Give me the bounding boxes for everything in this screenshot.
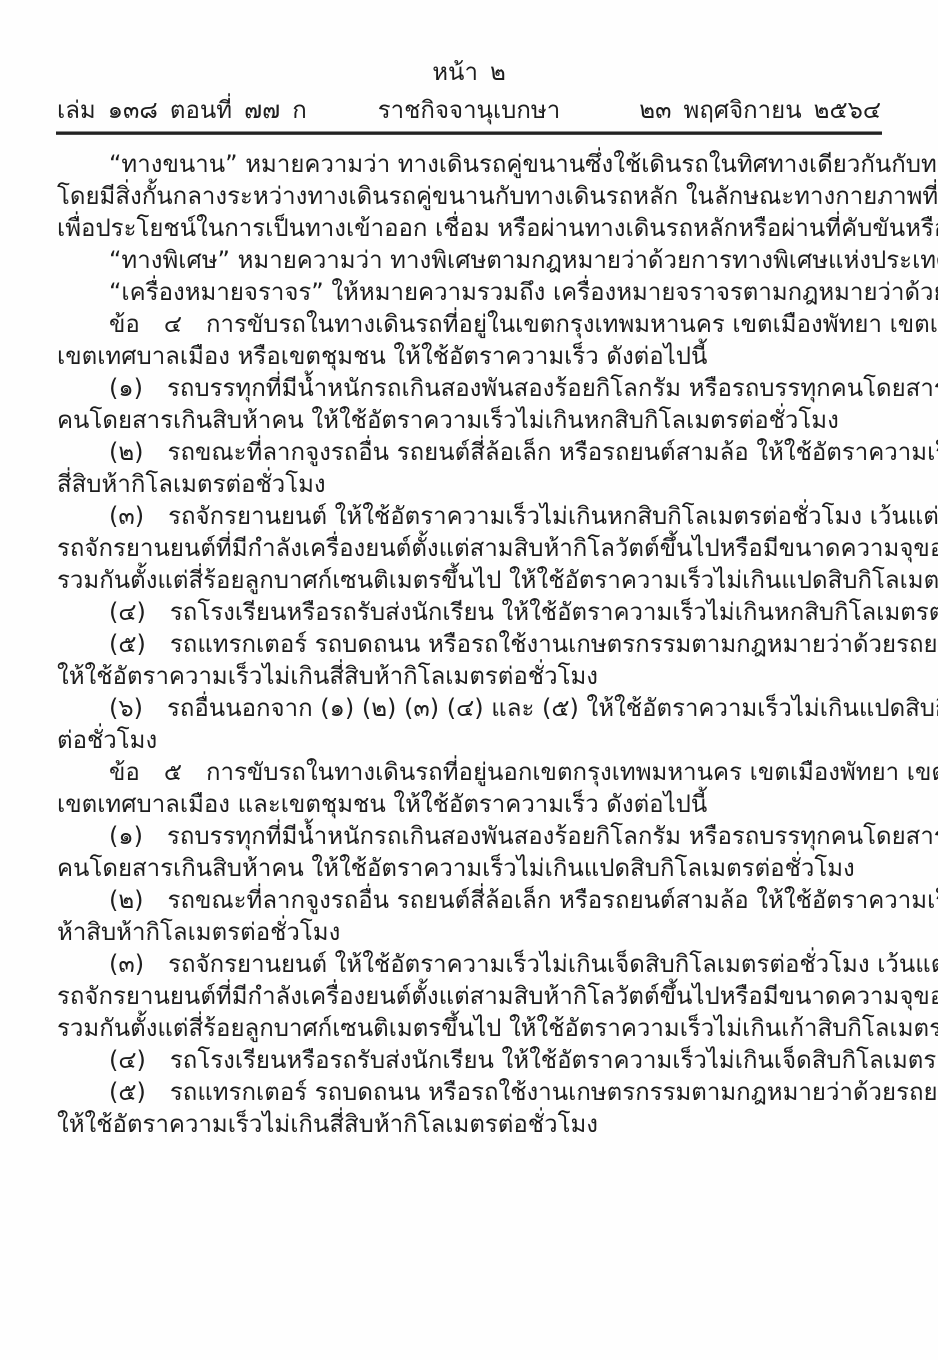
text-line: “ทางพิเศษ” หมายความว่า ทางพิเศษตามกฎหมาย… [57, 244, 881, 276]
masthead-row: เล่ม ๑๓๘ ตอนที่ ๗๗ ก ราชกิจจานุเบกษา ๒๓ … [57, 94, 881, 126]
paragraph: “เครื่องหมายจราจร” ให้หมายความรวมถึง เคร… [57, 276, 881, 308]
text-line: ต่อชั่วโมง [57, 724, 881, 756]
paragraph: “ทางพิเศษ” หมายความว่า ทางพิเศษตามกฎหมาย… [57, 244, 881, 276]
paragraph: ข้อ ๕ การขับรถในทางเดินรถที่อยู่นอกเขตกร… [57, 756, 881, 820]
document-body: “ทางขนาน” หมายความว่า ทางเดินรถคู่ขนานซึ… [57, 148, 881, 1140]
text-line: ข้อ ๕ การขับรถในทางเดินรถที่อยู่นอกเขตกร… [57, 756, 881, 788]
paragraph: (๖) รถอื่นนอกจาก (๑) (๒) (๓) (๔) และ (๕)… [57, 692, 881, 756]
text-line: เขตเทศบาลเมือง และเขตชุมชน ให้ใช้อัตราคว… [57, 788, 881, 820]
paragraph: (๓) รถจักรยานยนต์ ให้ใช้อัตราความเร็วไม่… [57, 948, 881, 1044]
gazette-page: หน้า ๒ เล่ม ๑๓๘ ตอนที่ ๗๗ ก ราชกิจจานุเบ… [0, 0, 938, 1360]
text-line: เขตเทศบาลเมือง หรือเขตชุมชน ให้ใช้อัตราค… [57, 340, 881, 372]
text-line: (๑) รถบรรทุกที่มีน้ำหนักรถเกินสองพันสองร… [57, 820, 881, 852]
text-line: (๒) รถขณะที่ลากจูงรถอื่น รถยนต์สี่ล้อเล็… [57, 436, 881, 468]
text-line: รถจักรยานยนต์ที่มีกำลังเครื่องยนต์ตั้งแต… [57, 532, 881, 564]
text-line: รวมกันตั้งแต่สี่ร้อยลูกบาศก์เซนติเมตรขึ้… [57, 1012, 881, 1044]
text-line: สี่สิบห้ากิโลเมตรต่อชั่วโมง [57, 468, 881, 500]
text-line: “ทางขนาน” หมายความว่า ทางเดินรถคู่ขนานซึ… [57, 148, 881, 180]
paragraph: ข้อ ๔ การขับรถในทางเดินรถที่อยู่ในเขตกรุ… [57, 308, 881, 372]
text-line: (๓) รถจักรยานยนต์ ให้ใช้อัตราความเร็วไม่… [57, 948, 881, 980]
text-line: คนโดยสารเกินสิบห้าคน ให้ใช้อัตราความเร็ว… [57, 852, 881, 884]
text-line: (๑) รถบรรทุกที่มีน้ำหนักรถเกินสองพันสองร… [57, 372, 881, 404]
text-line: ข้อ ๔ การขับรถในทางเดินรถที่อยู่ในเขตกรุ… [57, 308, 881, 340]
paragraph: (๒) รถขณะที่ลากจูงรถอื่น รถยนต์สี่ล้อเล็… [57, 436, 881, 500]
text-line: คนโดยสารเกินสิบห้าคน ให้ใช้อัตราความเร็ว… [57, 404, 881, 436]
issue-date: ๒๓ พฤศจิกายน ๒๕๖๔ [639, 94, 881, 126]
text-line: เพื่อประโยชน์ในการเป็นทางเข้าออก เชื่อม … [57, 212, 881, 244]
paragraph: (๓) รถจักรยานยนต์ ให้ใช้อัตราความเร็วไม่… [57, 500, 881, 596]
paragraph: (๑) รถบรรทุกที่มีน้ำหนักรถเกินสองพันสองร… [57, 372, 881, 436]
paragraph: (๕) รถแทรกเตอร์ รถบดถนน หรือรถใช้งานเกษต… [57, 628, 881, 692]
text-line: (๕) รถแทรกเตอร์ รถบดถนน หรือรถใช้งานเกษต… [57, 628, 881, 660]
text-line: (๔) รถโรงเรียนหรือรถรับส่งนักเรียน ให้ใช… [57, 1044, 881, 1076]
paragraph: (๔) รถโรงเรียนหรือรถรับส่งนักเรียน ให้ใช… [57, 596, 881, 628]
paragraph: (๑) รถบรรทุกที่มีน้ำหนักรถเกินสองพันสองร… [57, 820, 881, 884]
text-line: (๖) รถอื่นนอกจาก (๑) (๒) (๓) (๔) และ (๕)… [57, 692, 881, 724]
page-number-label: หน้า ๒ [57, 56, 881, 88]
header-rule-divider [56, 131, 882, 135]
paragraph: (๒) รถขณะที่ลากจูงรถอื่น รถยนต์สี่ล้อเล็… [57, 884, 881, 948]
text-line: ให้ใช้อัตราความเร็วไม่เกินสี่สิบห้ากิโลเ… [57, 660, 881, 692]
paragraph: (๕) รถแทรกเตอร์ รถบดถนน หรือรถใช้งานเกษต… [57, 1076, 881, 1140]
text-line: รถจักรยานยนต์ที่มีกำลังเครื่องยนต์ตั้งแต… [57, 980, 881, 1012]
text-line: (๓) รถจักรยานยนต์ ให้ใช้อัตราความเร็วไม่… [57, 500, 881, 532]
text-line: ห้าสิบห้ากิโลเมตรต่อชั่วโมง [57, 916, 881, 948]
text-line: (๕) รถแทรกเตอร์ รถบดถนน หรือรถใช้งานเกษต… [57, 1076, 881, 1108]
paragraph: “ทางขนาน” หมายความว่า ทางเดินรถคู่ขนานซึ… [57, 148, 881, 244]
text-line: (๒) รถขณะที่ลากจูงรถอื่น รถยนต์สี่ล้อเล็… [57, 884, 881, 916]
text-line: ให้ใช้อัตราความเร็วไม่เกินสี่สิบห้ากิโลเ… [57, 1108, 881, 1140]
text-line: “เครื่องหมายจราจร” ให้หมายความรวมถึง เคร… [57, 276, 881, 308]
paragraph: (๔) รถโรงเรียนหรือรถรับส่งนักเรียน ให้ใช… [57, 1044, 881, 1076]
text-line: (๔) รถโรงเรียนหรือรถรับส่งนักเรียน ให้ใช… [57, 596, 881, 628]
text-line: รวมกันตั้งแต่สี่ร้อยลูกบาศก์เซนติเมตรขึ้… [57, 564, 881, 596]
text-line: โดยมีสิ่งกั้นกลางระหว่างทางเดินรถคู่ขนาน… [57, 180, 881, 212]
